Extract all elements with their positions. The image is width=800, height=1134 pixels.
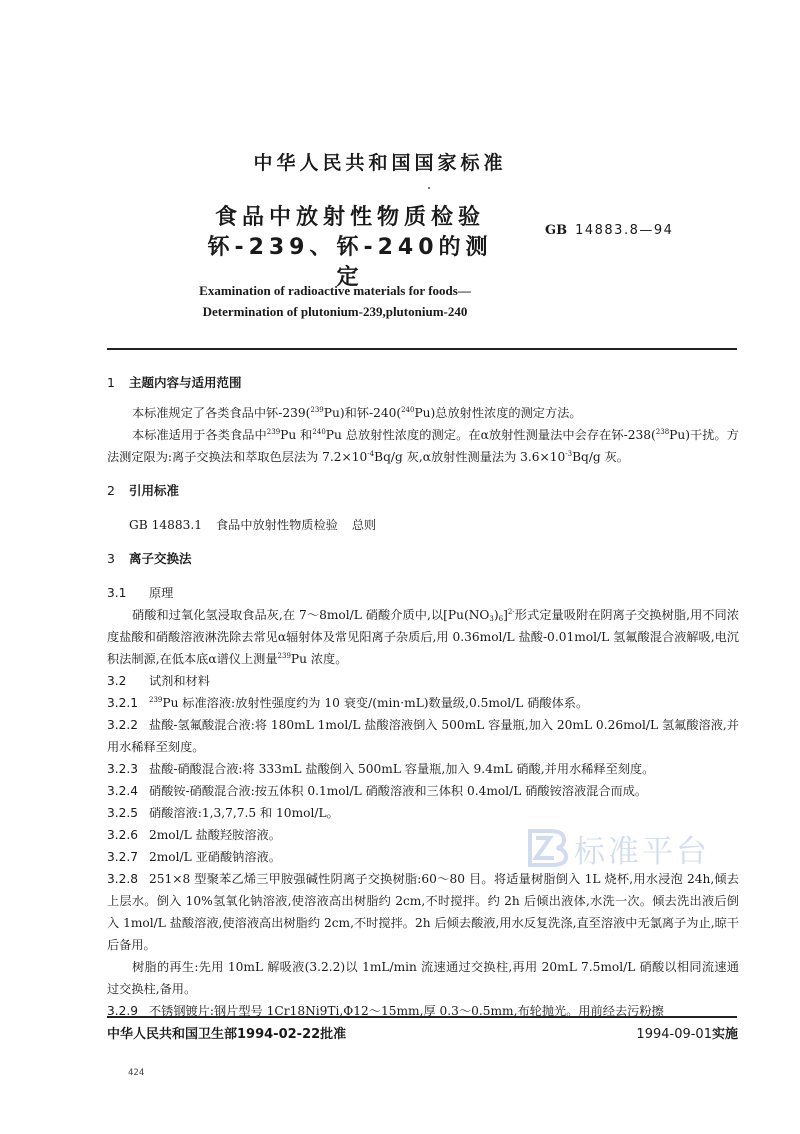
effective-statement: 1994-09-01实施 xyxy=(590,1023,738,1042)
reagent-item: 3.2.2盐酸-氢氟酸混合液:将 180mL 1mol/L 盐酸溶液倒入 500… xyxy=(107,714,739,758)
document-body: 1主题内容与适用范围 本标准规定了各类食品中钚-239(239Pu)和钚-240… xyxy=(107,372,739,1022)
normative-reference: GB 14883.1食品中放射性物质检验总则 xyxy=(107,514,739,536)
effective-date: 1994-09-01 xyxy=(636,1027,712,1042)
standard-prefix: GB xyxy=(545,223,567,238)
reagent-item: 3.2.3盐酸-硝酸混合液:将 333mL 盐酸倒入 500mL 容量瓶,加入 … xyxy=(107,758,739,780)
section-1-paragraph-2: 本标准适用于各类食品中239Pu 和240Pu 总放射性浓度的测定。在α放射性测… xyxy=(107,424,739,468)
subsection-3-1-heading: 3.1原理 xyxy=(107,582,739,604)
decorative-dot xyxy=(428,187,430,189)
subsection-3-2-heading: 3.2试剂和材料 xyxy=(107,670,739,692)
reagent-item: 3.2.4硝酸铵-硝酸混合液:按五体积 0.1mol/L 硝酸溶液和三体积 0.… xyxy=(107,780,739,802)
watermark-text: 标准平台 xyxy=(574,826,710,871)
standard-code: 14883.8—94 xyxy=(575,223,673,238)
approval-statement: 中华人民共和国卫生部1994-02-22批准 xyxy=(107,1023,346,1042)
reagent-item: 3.2.9不锈钢镀片:钢片型号 1Cr18Ni9Ti,Φ12～15mm,厚 0.… xyxy=(107,1000,739,1022)
english-title-line-2: Determination of plutonium-239,plutonium… xyxy=(185,301,485,322)
reference-code: GB 14883.1 xyxy=(129,518,202,532)
english-title-line-1: Examination of radioactive materials for… xyxy=(185,280,485,301)
section-1-heading: 1主题内容与适用范围 xyxy=(107,372,739,394)
reagent-item: 3.2.5硝酸溶液:1,3,7,7.5 和 10mol/L。 xyxy=(107,802,739,824)
watermark-logo-icon xyxy=(528,829,568,867)
footer-divider xyxy=(107,1016,737,1018)
header-divider xyxy=(107,348,737,350)
national-standard-text: 中华人民共和国国家标准 xyxy=(253,148,506,175)
reagent-item: 3.2.1239Pu 标准溶液:放射性强度约为 10 衰变/(min·mL)数量… xyxy=(107,692,739,714)
resin-regeneration-paragraph: 树脂的再生:先用 10mL 解吸液(3.2.2)以 1mL/min 流速通过交换… xyxy=(107,956,739,1000)
title-line-1: 食品中放射性物质检验 xyxy=(200,203,500,233)
reagent-item: 3.2.8251×8 型聚苯乙烯三甲胺强碱性阴离子交换树脂:60～80 目。将适… xyxy=(107,868,739,956)
page-number: 424 xyxy=(128,1068,144,1078)
section-3-heading: 3离子交换法 xyxy=(107,548,739,570)
effective-label: 实施 xyxy=(712,1027,738,1042)
section-2-heading: 2引用标准 xyxy=(107,480,739,502)
principle-paragraph: 硝酸和过氧化氢浸取食品灰,在 7～8mol/L 硝酸介质中,以[Pu(NO3)6… xyxy=(107,604,739,670)
reference-part: 总则 xyxy=(352,518,376,532)
section-1-paragraph-1: 本标准规定了各类食品中钚-239(239Pu)和钚-240(240Pu)总放射性… xyxy=(107,402,739,424)
english-title: Examination of radioactive materials for… xyxy=(185,280,485,322)
watermark: 标准平台 xyxy=(528,826,738,870)
reference-title: 食品中放射性物质检验 xyxy=(216,518,338,532)
national-standard-label: 中华人民共和国国家标准 xyxy=(0,148,800,175)
standard-number: GB14883.8—94 xyxy=(545,223,673,238)
